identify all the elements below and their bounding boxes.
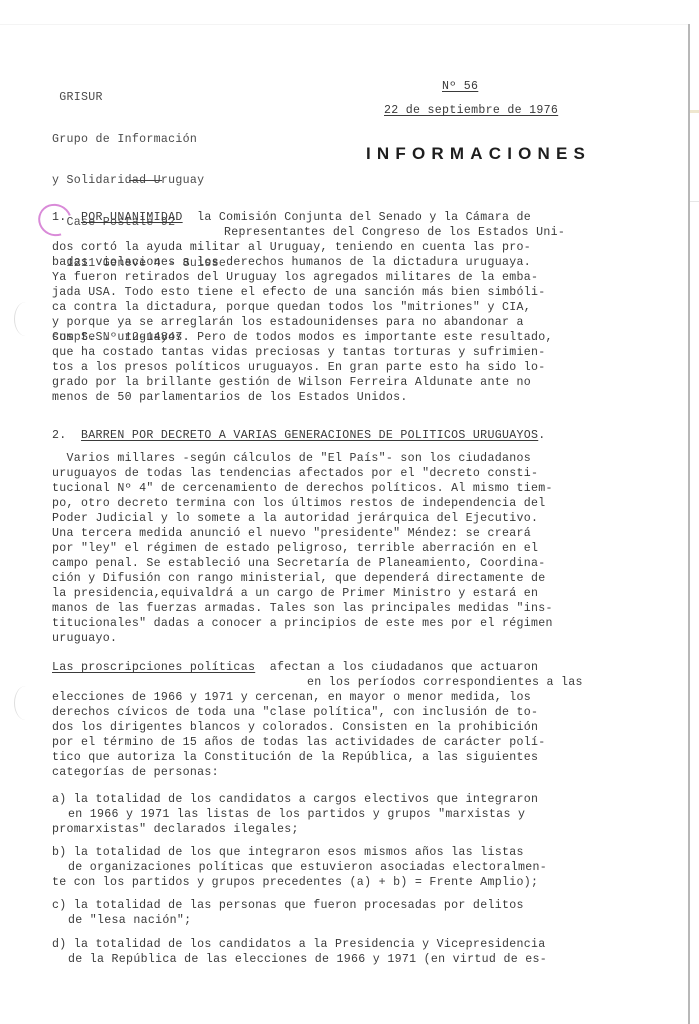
list-item-d: d) la totalidad de los candidatos a la P… bbox=[52, 937, 546, 952]
sender-line: Grupo de Información bbox=[52, 132, 226, 148]
list-item-text: la totalidad de los candidatos a cargos … bbox=[74, 793, 538, 806]
subsection-line: tico que autoriza la Constitución de la … bbox=[52, 750, 538, 765]
section1-first-line: 1. POR UNANIMIDAD la Comisión Conjunta d… bbox=[52, 210, 531, 225]
section2-line: ción y Difusión con rango ministerial, q… bbox=[52, 571, 546, 586]
subsection-first-line: Las proscripciones políticas afectan a l… bbox=[52, 660, 538, 675]
section1-line: que ha costado tantas vidas preciosas y … bbox=[52, 345, 546, 360]
section1-text: la Comisión Conjunta del Senado y la Cám… bbox=[197, 211, 531, 224]
section2-line: Una tercera medida anunció el nuevo "pre… bbox=[52, 526, 531, 541]
section1-line: jada USA. Todo esto tiene el efecto de u… bbox=[52, 285, 546, 300]
section2-number: 2. bbox=[52, 429, 67, 442]
section2-line: po, otro decreto termina con los últimos… bbox=[52, 496, 546, 511]
list-marker: b) bbox=[52, 846, 67, 859]
list-item-line: de la República de las elecciones de 196… bbox=[68, 952, 547, 967]
heading-period: . bbox=[538, 429, 545, 442]
section2-line: titucionales" dadas a conocer a principi… bbox=[52, 616, 553, 631]
page-top-edge bbox=[0, 24, 688, 25]
list-item-b: b) la totalidad de los que integraron es… bbox=[52, 845, 524, 860]
list-item-line: promarxistas" declarados ilegales; bbox=[52, 822, 299, 837]
section1-line: sus S.S. uruguayos. Pero de todos modos … bbox=[52, 330, 553, 345]
issue-date: 22 de septiembre de 1976 bbox=[384, 104, 558, 117]
page-edge-mark bbox=[690, 201, 699, 202]
list-item-line: de "lesa nación"; bbox=[68, 913, 191, 928]
subsection-heading: Las proscripciones políticas bbox=[52, 661, 255, 674]
list-item-text: la totalidad de los que integraron esos … bbox=[74, 846, 524, 859]
subsection-line: derechos cívicos de toda una "clase polí… bbox=[52, 705, 538, 720]
page-right-edge bbox=[688, 24, 690, 1024]
list-marker: a) bbox=[52, 793, 67, 806]
list-marker: d) bbox=[52, 938, 67, 951]
section2-heading-line: 2. BARREN POR DECRETO A VARIAS GENERACIO… bbox=[52, 428, 546, 443]
section1-heading: POR UNANIMIDAD bbox=[81, 211, 183, 224]
section2-line: Poder Judicial y lo somete a la autorida… bbox=[52, 511, 538, 526]
section1-line: tos a los presos políticos uruguayos. En… bbox=[52, 360, 546, 375]
subsection-line: elecciones de 1966 y 1971 y cercenan, en… bbox=[52, 690, 531, 705]
subsection-line: dos los dirigentes blancos y colorados. … bbox=[52, 720, 538, 735]
list-item-text: la totalidad de los candidatos a la Pres… bbox=[74, 938, 546, 951]
section2-line: uruguayo. bbox=[52, 631, 117, 646]
section1-line: Representantes del Congreso de los Estad… bbox=[224, 225, 565, 240]
binder-hole-icon bbox=[14, 686, 37, 720]
section2-line: uruguayos de todas las tendencias afecta… bbox=[52, 466, 538, 481]
section2-line: Varios millares -según cálculos de "El P… bbox=[52, 451, 531, 466]
divider bbox=[129, 180, 162, 181]
page-edge-mark bbox=[690, 110, 699, 113]
section2-line: manos de las fuerzas armadas. Tales son … bbox=[52, 601, 553, 616]
section1-line: y porque ya se arreglarán los estadounid… bbox=[52, 315, 524, 330]
list-item-line: en 1966 y 1971 las listas de los partido… bbox=[68, 807, 525, 822]
list-item-line: de organizaciones políticas que estuvier… bbox=[68, 860, 547, 875]
section1-line: badas violaciones a los derechos humanos… bbox=[52, 255, 531, 270]
section2-line: la presidencia,equivaldrá a un cargo de … bbox=[52, 586, 538, 601]
section2-line: campo penal. Se estableció una Secretarí… bbox=[52, 556, 546, 571]
section1-line: Ya fueron retirados del Uruguay los agre… bbox=[52, 270, 538, 285]
section2-line: por "ley" el régimen de estado peligroso… bbox=[52, 541, 538, 556]
subsection-line: categorías de personas: bbox=[52, 765, 219, 780]
subsection-text: afectan a los ciudadanos que actuaron bbox=[270, 661, 539, 674]
section1-line: menos de 50 parlamentarios de los Estado… bbox=[52, 390, 408, 405]
binder-hole-icon bbox=[14, 302, 37, 336]
section1-line: ca contra la dictadura, porque quedan to… bbox=[52, 300, 531, 315]
section1-line: grado por la brillante gestión de Wilson… bbox=[52, 375, 531, 390]
list-item-line: te con los partidos y grupos precedentes… bbox=[52, 875, 538, 890]
subsection-line: en los períodos correspondientes a las bbox=[307, 675, 583, 690]
section2-line: tucional Nº 4" de cercenamiento de derec… bbox=[52, 481, 553, 496]
section2-heading: BARREN POR DECRETO A VARIAS GENERACIONES… bbox=[81, 429, 538, 442]
subsection-line: por el término de 15 años de todas las a… bbox=[52, 735, 546, 750]
section1-number: 1. bbox=[52, 211, 67, 224]
section1-line: dos cortó la ayuda militar al Uruguay, t… bbox=[52, 240, 531, 255]
list-item-text: la totalidad de las personas que fueron … bbox=[74, 899, 524, 912]
list-marker: c) bbox=[52, 899, 67, 912]
list-item-a: a) la totalidad de los candidatos a carg… bbox=[52, 792, 538, 807]
issue-number: Nº 56 bbox=[442, 80, 478, 93]
list-item-c: c) la totalidad de las personas que fuer… bbox=[52, 898, 524, 913]
masthead-title: INFORMACIONES bbox=[366, 144, 591, 164]
sender-line: GRISUR bbox=[52, 90, 226, 106]
